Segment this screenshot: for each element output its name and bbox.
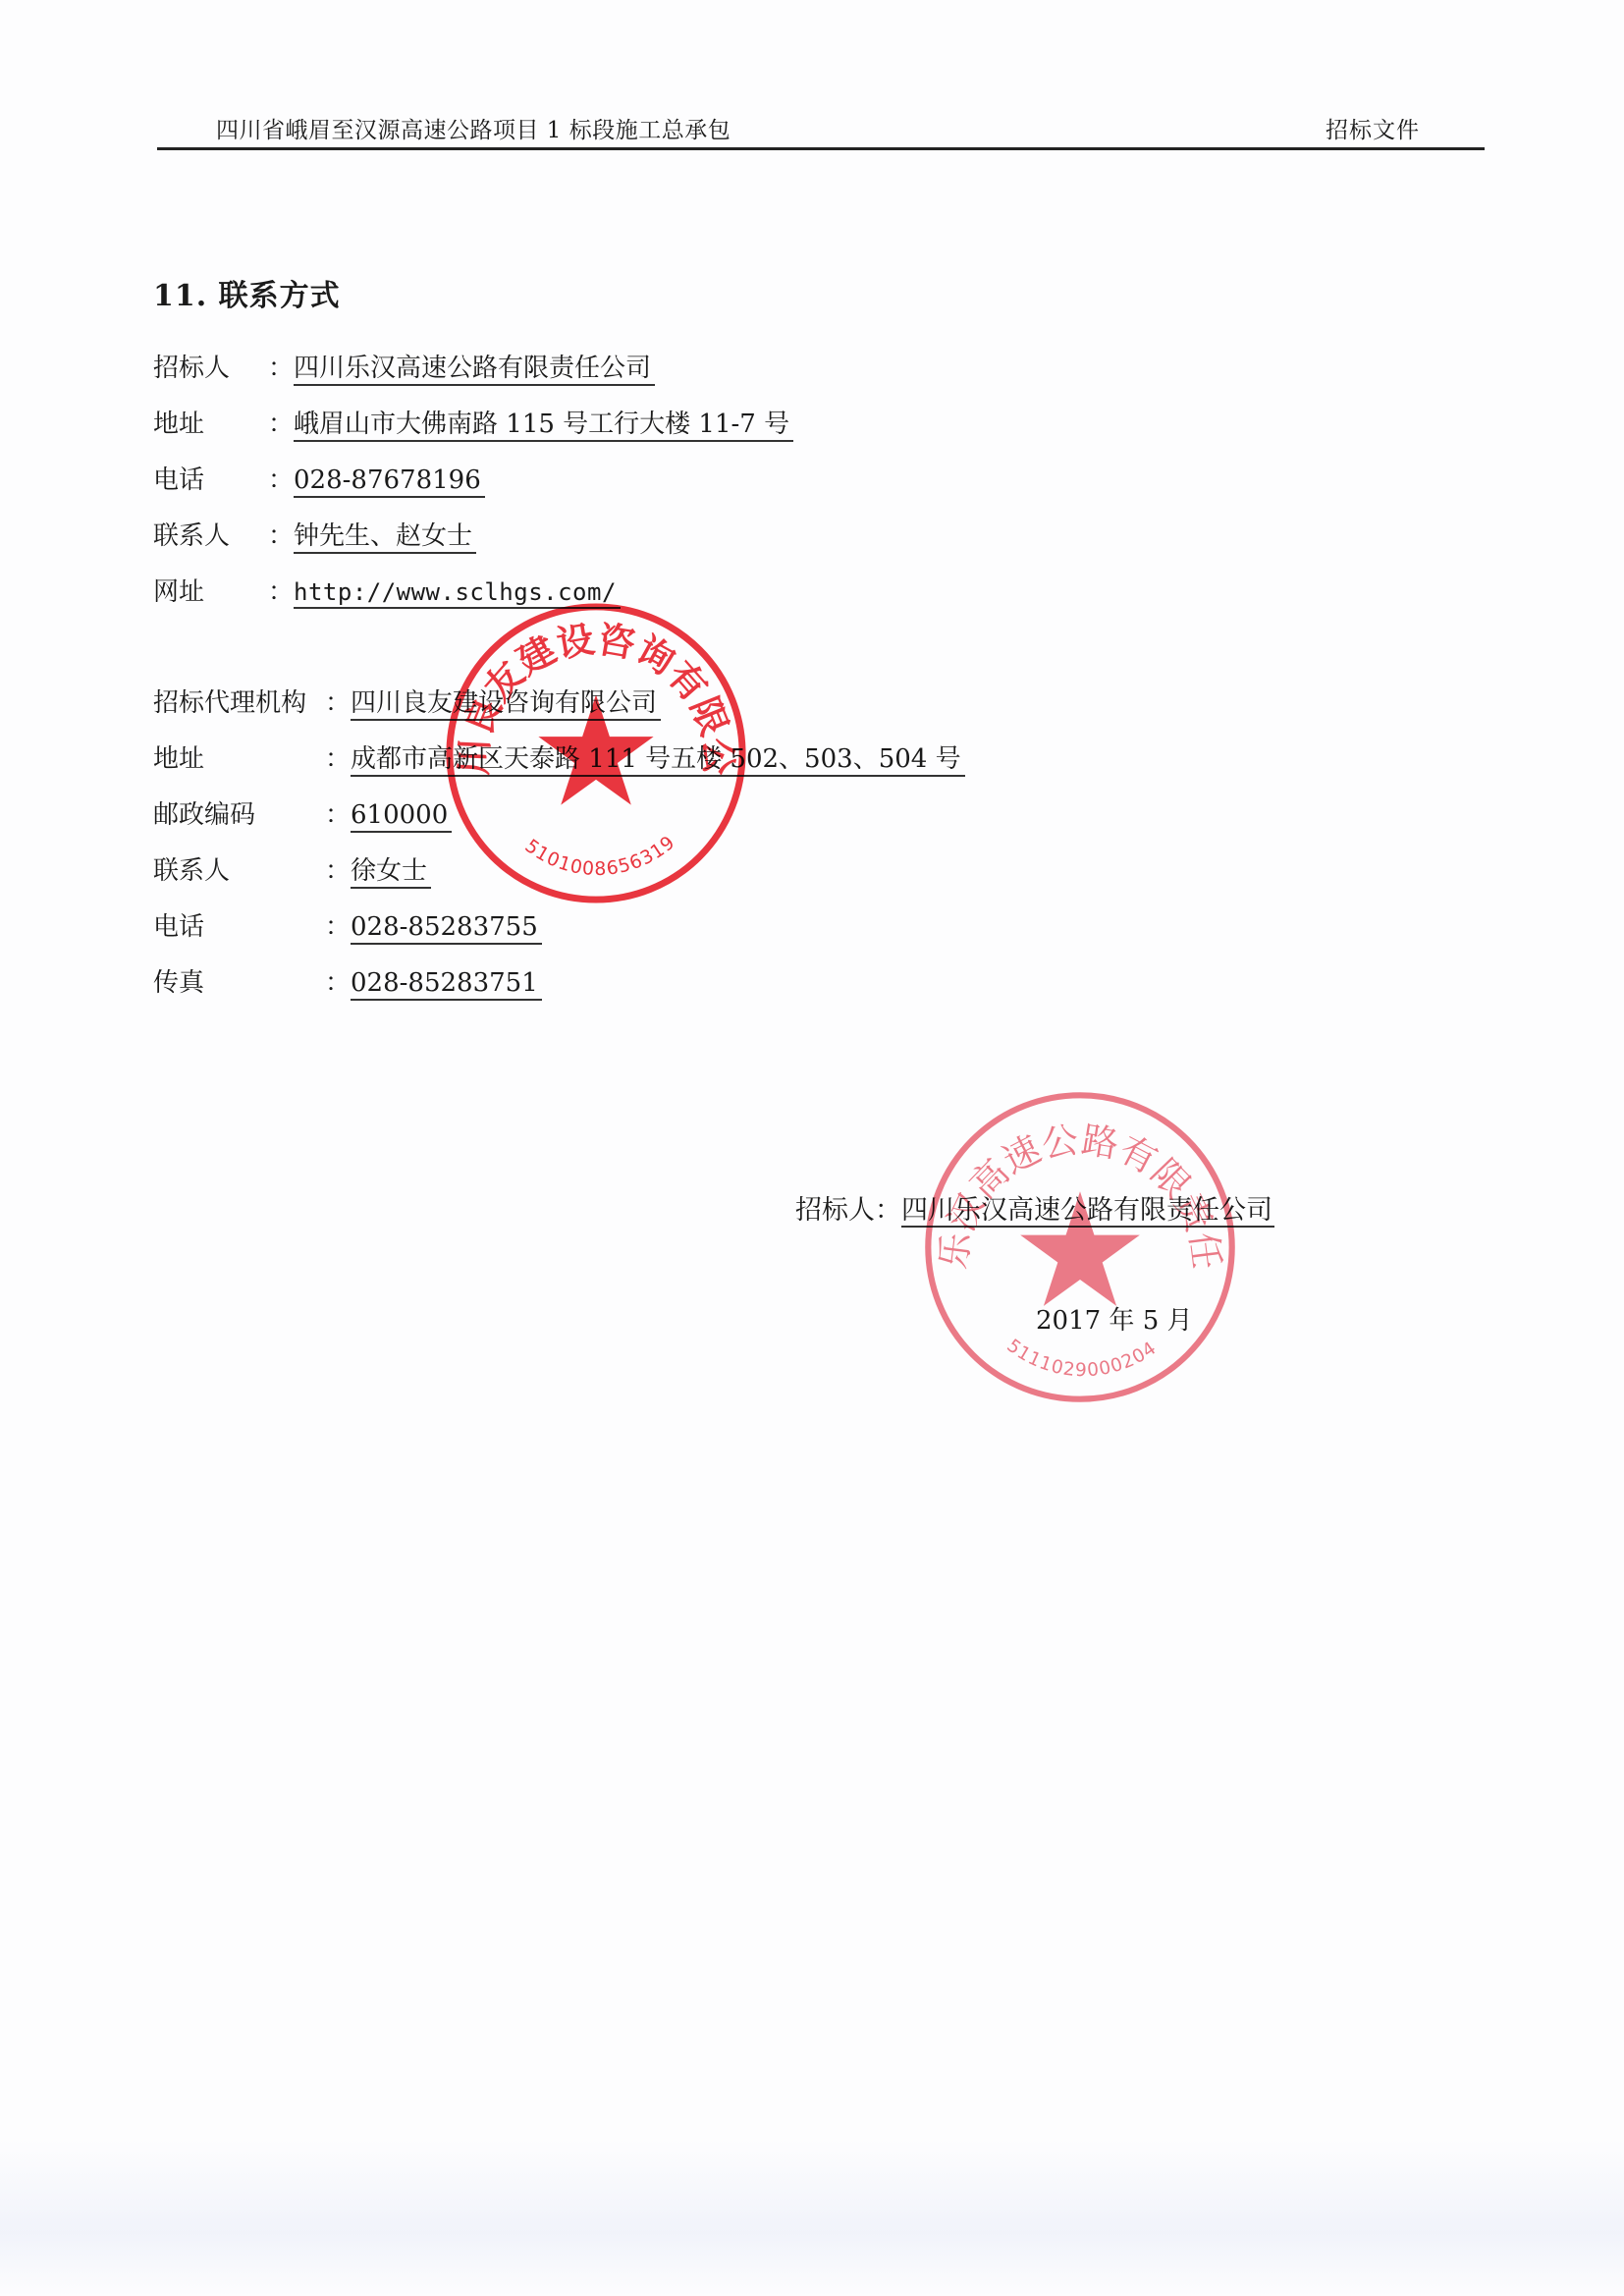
tenderer-contact-person: 钟先生、赵女士	[294, 522, 476, 554]
agency-postcode: 610000	[351, 801, 452, 833]
tenderer-website-row: 网址 ：http://www.sclhgs.com/	[153, 572, 621, 609]
tenderer-row: 招标人 ：四川乐汉高速公路有限责任公司	[153, 348, 655, 386]
tenderer-name: 四川乐汉高速公路有限责任公司	[294, 355, 655, 386]
agency-phone-row: 电话 ：028-85283755	[153, 906, 542, 945]
signature-date: 2017 年 5 月	[1036, 1300, 1193, 1337]
field-label: 联系人	[153, 850, 325, 887]
field-label: 地址	[153, 404, 268, 440]
header-project-title: 四川省峨眉至汉源高速公路项目 1 标段施工总承包	[216, 112, 731, 144]
signature-company: 四川乐汉高速公路有限责任公司	[901, 1195, 1274, 1228]
tenderer-address-row: 地址 ：峨眉山市大佛南路 115 号工行大楼 11-7 号	[153, 404, 793, 442]
svg-text:5101008656319: 5101008656319	[521, 831, 679, 880]
agency-phone: 028-85283755	[351, 913, 542, 945]
agency-address-row: 地址 ：成都市高新区天泰路 111 号五楼 502、503、504 号	[153, 738, 965, 777]
tenderer-contact-row: 联系人 ：钟先生、赵女士	[153, 516, 476, 554]
agency-name-row: 招标代理机构 ：四川良友建设咨询有限公司	[153, 683, 661, 721]
field-label: 招标代理机构	[153, 683, 325, 719]
signature-line: 招标人：四川乐汉高速公路有限责任公司	[795, 1188, 1274, 1227]
tenderer-phone-row: 电话 ：028-87678196	[153, 460, 485, 498]
svg-text:5111029000204: 5111029000204	[1002, 1336, 1161, 1381]
agency-name: 四川良友建设咨询有限公司	[351, 689, 661, 721]
field-label: 传真	[153, 962, 325, 999]
field-label: 招标人	[153, 348, 268, 384]
field-label: 联系人	[153, 516, 268, 552]
agency-contact-person: 徐女士	[351, 857, 431, 889]
signature-label: 招标人：	[795, 1195, 901, 1226]
header-doc-type: 招标文件	[1326, 112, 1420, 144]
field-label: 电话	[153, 906, 325, 943]
agency-postcode-row: 邮政编码 ：610000	[153, 794, 452, 833]
page-header: 四川省峨眉至汉源高速公路项目 1 标段施工总承包 招标文件	[157, 110, 1485, 150]
field-label: 邮政编码	[153, 794, 325, 831]
agency-fax: 028-85283751	[351, 969, 542, 1001]
field-label: 网址	[153, 572, 268, 608]
agency-address: 成都市高新区天泰路 111 号五楼 502、503、504 号	[351, 745, 965, 777]
tenderer-website-link[interactable]: http://www.sclhgs.com/	[294, 579, 621, 609]
agency-fax-row: 传真 ：028-85283751	[153, 962, 542, 1001]
tenderer-address: 峨眉山市大佛南路 115 号工行大楼 11-7 号	[294, 410, 793, 442]
field-label: 地址	[153, 738, 325, 775]
tenderer-phone: 028-87678196	[294, 466, 485, 498]
field-label: 电话	[153, 460, 268, 496]
agency-contact-row: 联系人 ：徐女士	[153, 850, 431, 889]
section-title: 11. 联系方式	[153, 271, 341, 314]
svg-text:四川乐汉高速公路有限责任公司: 四川乐汉高速公路有限责任公司	[918, 1085, 1228, 1272]
tenderer-seal-stamp-icon: 四川乐汉高速公路有限责任公司 5111029000204	[918, 1085, 1242, 1409]
document-page: 四川省峨眉至汉源高速公路项目 1 标段施工总承包 招标文件 11. 联系方式 招…	[0, 0, 1624, 2296]
